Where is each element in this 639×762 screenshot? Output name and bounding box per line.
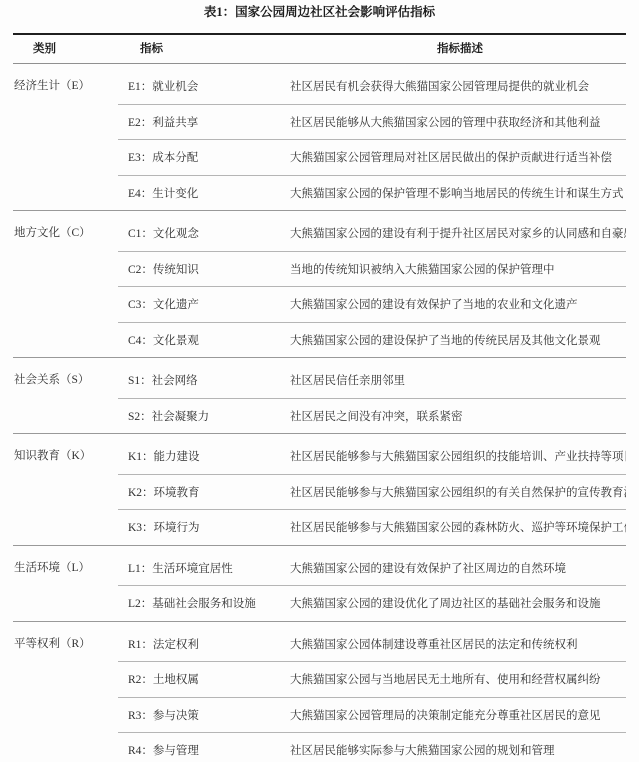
- table-row: K3：环境行为 社区居民能够参与大熊猫国家公园的森林防火、巡护等环境保护工作: [118, 509, 626, 545]
- column-header-description: 指标描述: [437, 35, 483, 63]
- indicator-cell: R2：土地权属: [118, 671, 280, 687]
- table-row: K1：能力建设 社区居民能够参与大熊猫国家公园组织的技能培训、产业扶持等项目: [118, 439, 626, 474]
- description-cell: 社区居民能够实际参与大熊猫国家公园的规划和管理: [280, 742, 626, 758]
- indicator-cell: S2：社会凝聚力: [118, 408, 280, 424]
- indicator-cell: L1：生活环境宜居性: [118, 560, 280, 576]
- indicator-cell: K3：环境行为: [118, 519, 280, 535]
- category-cell: 生活环境（L）: [13, 551, 118, 621]
- indicator-cell: L2：基础社会服务和设施: [118, 595, 280, 611]
- table-section-rights: 平等权利（R） R1：法定权利 大熊猫国家公园体制建设尊重社区居民的法定和传统权…: [13, 621, 626, 762]
- indicator-cell: E4：生计变化: [118, 185, 280, 201]
- description-cell: 大熊猫国家公园的建设保护了当地的传统民居及其他文化景观: [280, 332, 626, 348]
- table-row: C1：文化观念 大熊猫国家公园的建设有利于提升社区居民对家乡的认同感和自豪感: [118, 216, 626, 251]
- table-section-living: 生活环境（L） L1：生活环境宜居性 大熊猫国家公园的建设有效保护了社区周边的自…: [13, 545, 626, 621]
- table-row: S1：社会网络 社区居民信任亲朋邻里: [118, 363, 626, 398]
- description-cell: 当地的传统知识被纳入大熊猫国家公园的保护管理中: [280, 261, 626, 277]
- section-rows: E1：就业机会 社区居民有机会获得大熊猫国家公园管理局提供的就业机会 E2：利益…: [118, 69, 626, 210]
- table-row: E4：生计变化 大熊猫国家公园的保护管理不影响当地居民的传统生计和谋生方式: [118, 175, 626, 211]
- section-rows: R1：法定权利 大熊猫国家公园体制建设尊重社区居民的法定和传统权利 R2：土地权…: [118, 627, 626, 762]
- table-row: R4：参与管理 社区居民能够实际参与大熊猫国家公园的规划和管理: [118, 732, 626, 762]
- description-cell: 大熊猫国家公园的建设有效保护了当地的农业和文化遗产: [280, 296, 626, 312]
- column-header-category: 类别: [33, 35, 56, 63]
- category-cell: 社会关系（S）: [13, 363, 118, 433]
- description-cell: 社区居民能够从大熊猫国家公园的管理中获取经济和其他利益: [280, 114, 626, 130]
- table-header-row: 类别 指标 指标描述: [13, 35, 626, 64]
- indicator-cell: E3：成本分配: [118, 149, 280, 165]
- table-row: R3：参与决策 大熊猫国家公园管理局的决策制定能充分尊重社区居民的意见: [118, 697, 626, 733]
- table-section-knowledge: 知识教育（K） K1：能力建设 社区居民能够参与大熊猫国家公园组织的技能培训、产…: [13, 433, 626, 545]
- description-cell: 社区居民信任亲朋邻里: [280, 372, 626, 388]
- indicator-cell: C3：文化遗产: [118, 296, 280, 312]
- description-cell: 社区居民能够参与大熊猫国家公园组织的有关自然保护的宣传教育活动: [280, 484, 626, 500]
- indicator-cell: E1：就业机会: [118, 78, 280, 94]
- table-row: C2：传统知识 当地的传统知识被纳入大熊猫国家公园的保护管理中: [118, 251, 626, 287]
- document-page: 表1：国家公园周边社区社会影响评估指标 类别 指标 指标描述 经济生计（E） E…: [0, 0, 639, 762]
- section-rows: L1：生活环境宜居性 大熊猫国家公园的建设有效保护了社区周边的自然环境 L2：基…: [118, 551, 626, 621]
- description-cell: 大熊猫国家公园的建设优化了周边社区的基础社会服务和设施: [280, 595, 626, 611]
- section-rows: S1：社会网络 社区居民信任亲朋邻里 S2：社会凝聚力 社区居民之间没有冲突，联…: [118, 363, 626, 433]
- column-header-indicator: 指标: [140, 35, 163, 63]
- description-cell: 大熊猫国家公园管理局的决策制定能充分尊重社区居民的意见: [280, 707, 626, 723]
- table-section-culture: 地方文化（C） C1：文化观念 大熊猫国家公园的建设有利于提升社区居民对家乡的认…: [13, 210, 626, 357]
- indicator-cell: R1：法定权利: [118, 636, 280, 652]
- table-row: E3：成本分配 大熊猫国家公园管理局对社区居民做出的保护贡献进行适当补偿: [118, 139, 626, 175]
- indicator-cell: C4：文化景观: [118, 332, 280, 348]
- description-cell: 社区居民有机会获得大熊猫国家公园管理局提供的就业机会: [280, 78, 626, 94]
- description-cell: 大熊猫国家公园与当地居民无土地所有、使用和经营权属纠纷: [280, 671, 626, 687]
- table-row: R1：法定权利 大熊猫国家公园体制建设尊重社区居民的法定和传统权利: [118, 627, 626, 662]
- description-cell: 大熊猫国家公园管理局对社区居民做出的保护贡献进行适当补偿: [280, 149, 626, 165]
- category-cell: 地方文化（C）: [13, 216, 118, 357]
- indicator-cell: K2：环境教育: [118, 484, 280, 500]
- indicator-cell: R4：参与管理: [118, 742, 280, 758]
- indicator-cell: C2：传统知识: [118, 261, 280, 277]
- indicator-table: 类别 指标 指标描述 经济生计（E） E1：就业机会 社区居民有机会获得大熊猫国…: [13, 33, 626, 762]
- table-row: E1：就业机会 社区居民有机会获得大熊猫国家公园管理局提供的就业机会: [118, 69, 626, 104]
- table-section-social: 社会关系（S） S1：社会网络 社区居民信任亲朋邻里 S2：社会凝聚力 社区居民…: [13, 357, 626, 433]
- description-cell: 大熊猫国家公园的建设有利于提升社区居民对家乡的认同感和自豪感: [280, 225, 626, 241]
- category-cell: 平等权利（R）: [13, 627, 118, 762]
- description-cell: 社区居民能够参与大熊猫国家公园的森林防火、巡护等环境保护工作: [280, 519, 626, 535]
- table-row: C3：文化遗产 大熊猫国家公园的建设有效保护了当地的农业和文化遗产: [118, 286, 626, 322]
- description-cell: 大熊猫国家公园的建设有效保护了社区周边的自然环境: [280, 560, 626, 576]
- indicator-cell: K1：能力建设: [118, 448, 280, 464]
- description-cell: 大熊猫国家公园的保护管理不影响当地居民的传统生计和谋生方式: [280, 185, 626, 201]
- description-cell: 社区居民之间没有冲突，联系紧密: [280, 408, 626, 424]
- description-cell: 社区居民能够参与大熊猫国家公园组织的技能培训、产业扶持等项目: [280, 448, 626, 464]
- table-row: R2：土地权属 大熊猫国家公园与当地居民无土地所有、使用和经营权属纠纷: [118, 661, 626, 697]
- indicator-cell: R3：参与决策: [118, 707, 280, 723]
- section-rows: K1：能力建设 社区居民能够参与大熊猫国家公园组织的技能培训、产业扶持等项目 K…: [118, 439, 626, 545]
- category-cell: 知识教育（K）: [13, 439, 118, 545]
- indicator-cell: S1：社会网络: [118, 372, 280, 388]
- table-row: E2：利益共享 社区居民能够从大熊猫国家公园的管理中获取经济和其他利益: [118, 104, 626, 140]
- section-rows: C1：文化观念 大熊猫国家公园的建设有利于提升社区居民对家乡的认同感和自豪感 C…: [118, 216, 626, 357]
- table-caption: 表1：国家公园周边社区社会影响评估指标: [0, 0, 639, 24]
- indicator-cell: C1：文化观念: [118, 225, 280, 241]
- category-cell: 经济生计（E）: [13, 69, 118, 210]
- table-row: L2：基础社会服务和设施 大熊猫国家公园的建设优化了周边社区的基础社会服务和设施: [118, 585, 626, 621]
- indicator-cell: E2：利益共享: [118, 114, 280, 130]
- table-row: K2：环境教育 社区居民能够参与大熊猫国家公园组织的有关自然保护的宣传教育活动: [118, 474, 626, 510]
- table-row: S2：社会凝聚力 社区居民之间没有冲突，联系紧密: [118, 398, 626, 434]
- table-section-economy: 经济生计（E） E1：就业机会 社区居民有机会获得大熊猫国家公园管理局提供的就业…: [13, 64, 626, 210]
- description-cell: 大熊猫国家公园体制建设尊重社区居民的法定和传统权利: [280, 636, 626, 652]
- table-row: L1：生活环境宜居性 大熊猫国家公园的建设有效保护了社区周边的自然环境: [118, 551, 626, 586]
- table-row: C4：文化景观 大熊猫国家公园的建设保护了当地的传统民居及其他文化景观: [118, 322, 626, 358]
